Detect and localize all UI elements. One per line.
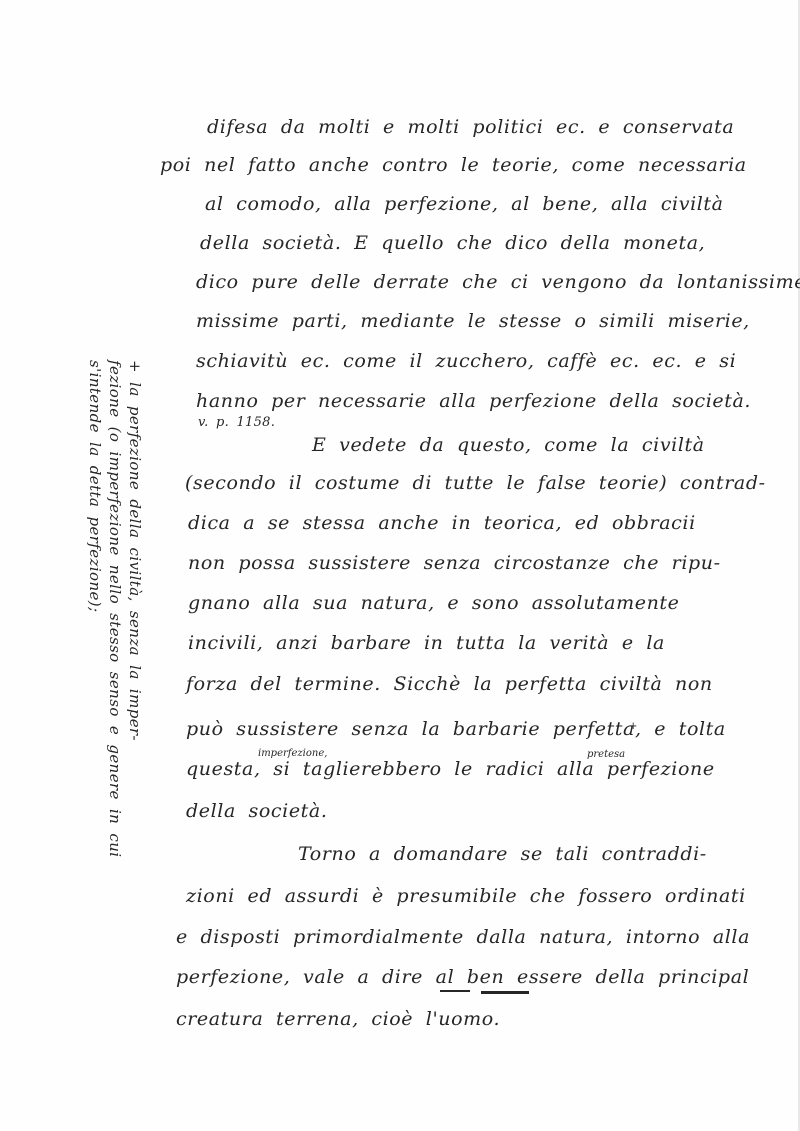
margin-note-line: fezione (o imperfezione nello stesso sen… — [106, 360, 124, 857]
manuscript-line: zioni ed assurdi è presumibile che fosse… — [186, 887, 746, 906]
manuscript-line: dico pure delle derrate che ci vengono d… — [196, 273, 800, 292]
margin-note-line: s'intende la detta perfezione); — [86, 360, 104, 613]
manuscript-line: poi nel fatto anche contro le teorie, co… — [160, 156, 747, 175]
interlinear-insertion: imperfezione, — [258, 749, 327, 759]
manuscript-line: al comodo, alla perfezione, al bene, all… — [205, 195, 724, 214]
margin-note-line: + la perfezione della civiltà, senza la … — [126, 360, 144, 741]
manuscript-line: incivili, anzi barbare in tutta la verit… — [188, 634, 665, 653]
manuscript-line: forza del termine. Sicchè la perfetta ci… — [186, 675, 713, 694]
manuscript-line: perfezione, vale a dire al ben essere de… — [176, 968, 749, 987]
manuscript-line: e disposti primordialmente dalla natura,… — [176, 928, 750, 947]
manuscript-line: creatura terrena, cioè l'uomo. — [176, 1010, 500, 1029]
underline-essere — [481, 991, 529, 994]
manuscript-line: questa, si taglierebbero le radici alla … — [186, 760, 715, 779]
page-reference: v. p. 1158. — [198, 416, 275, 429]
manuscript-line: della società. — [186, 802, 327, 821]
manuscript-line: E vedete da questo, come la civiltà — [312, 436, 705, 455]
manuscript-line: Torno a domandare se tali contraddi- — [298, 845, 707, 864]
manuscript-line: dica a se stessa anche in teorica, ed ob… — [188, 514, 696, 533]
manuscript-line: missime parti, mediante le stesse o simi… — [196, 312, 750, 331]
manuscript-line: difesa da molti e molti politici ec. e c… — [207, 118, 734, 137]
manuscript-line: hanno per necessarie alla perfezione del… — [196, 392, 751, 411]
manuscript-line: della società. E quello che dico della m… — [200, 234, 705, 253]
manuscript-line: non possa sussistere senza circostanze c… — [188, 554, 721, 573]
insertion-mark: + — [629, 722, 637, 732]
manuscript-page: difesa da molti e molti politici ec. e c… — [0, 0, 800, 1131]
manuscript-line: schiavitù ec. come il zucchero, caffè ec… — [196, 352, 736, 371]
interlinear-insertion: pretesa — [587, 750, 625, 760]
manuscript-line: gnano alla sua natura, e sono assolutame… — [188, 594, 679, 613]
underline-ben — [440, 990, 470, 992]
manuscript-line: (secondo il costume di tutte le false te… — [185, 474, 766, 493]
manuscript-line: può sussistere senza la barbarie perfett… — [186, 720, 726, 739]
